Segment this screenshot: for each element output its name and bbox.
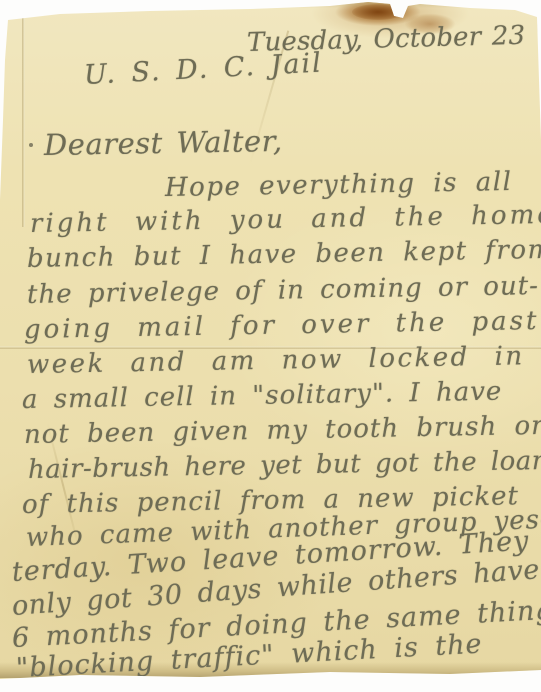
letter-body-line: the privelege of in coming or out-: [27, 271, 539, 310]
letter-scan: Tuesday, October 23 '17 U. S. D. C. Jail…: [0, 0, 541, 692]
letter-body-line: not been given my tooth brush or: [24, 411, 541, 450]
paper-top-edge-shadow: [0, 0, 541, 8]
vertical-crease: [22, 12, 25, 227]
pencil-dot: [29, 143, 33, 147]
letter-paper: Tuesday, October 23 '17 U. S. D. C. Jail…: [0, 0, 541, 692]
letter-body-line: bunch but I have been kept from: [27, 235, 541, 274]
letter-salutation: Dearest Walter,: [44, 124, 283, 162]
letter-body-line: going mail for over the past: [24, 306, 540, 345]
letter-body-line: a small cell in "solitary". I have: [22, 377, 503, 415]
letter-body-line: right with you and the home: [30, 200, 541, 239]
letter-location: U. S. D. C. Jail: [83, 48, 323, 91]
letter-body-line: hair-brush here yet but got the loan: [28, 446, 541, 485]
letter-body-line: Hope everything is all: [165, 167, 513, 203]
rust-stain: [352, 4, 404, 20]
